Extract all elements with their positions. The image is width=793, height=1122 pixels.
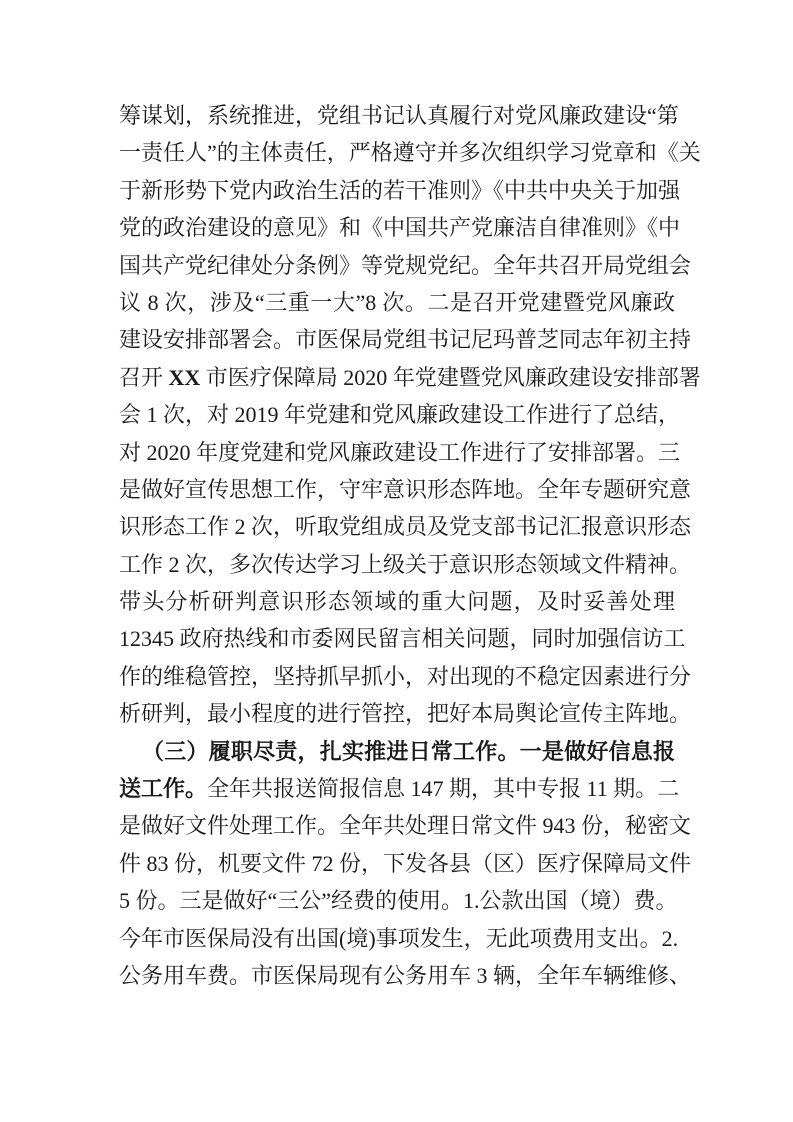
text-segment: 工作 2 次，多次传达学习上级关于意识形态领域文件精神。 [119,552,691,577]
text-line: 国共产党纪律处分条例》等党规党纪。全年共召开局党组会 [119,247,675,284]
text-line: （三）履职尽责，扎实推进日常工作。一是做好信息报 [119,733,675,770]
text-segment: 筹谋划，系统推进，党组书记认真履行对党风廉政建设“第 [119,103,679,128]
text-segment: 全年共报送简报信息 147 期，其中专报 11 期。二 [207,776,679,801]
text-segment: 召开 [119,365,169,390]
text-line: 党的政治建设的意见》和《中国共产党廉洁自律准则》《中 [119,209,675,246]
text-line: 会 1 次，对 2019 年党建和党风廉政建设工作进行了总结， [119,396,675,433]
text-segment: 党的政治建设的意见》和《中国共产党廉洁自律准则》《中 [119,215,680,240]
text-line: 一责任人”的主体责任，严格遵守并多次组织学习党章和《关 [119,134,675,171]
text-segment: 会 1 次，对 2019 年党建和党风廉政建设工作进行了总结， [119,402,680,427]
text-line: 识形态工作 2 次，听取党组成员及党支部书记汇报意识形态 [119,508,675,545]
text-line: 作的维稳管控，坚持抓早抓小，对出现的不稳定因素进行分 [119,658,675,695]
bold-text-segment: XX [169,365,201,390]
text-segment: 一责任人”的主体责任，严格遵守并多次组织学习党章和《关 [119,140,701,165]
text-segment: 是做好宣传思想工作，守牢意识形态阵地。全年专题研究意 [119,477,691,502]
text-segment: 公务用车费。市医保局现有公务用车 3 辆，全年车辆维修、 [119,963,691,988]
text-line: 件 83 份，机要文件 72 份，下发各县（区）医疗保障局文件 [119,845,675,882]
text-line: 筹谋划，系统推进，党组书记认真履行对党风廉政建设“第 [119,97,675,134]
text-line: 析研判，最小程度的进行管控，把好本局舆论宣传主阵地。 [119,695,675,732]
text-line: 召开 XX 市医疗保障局 2020 年党建暨党风廉政建设安排部署 [119,359,675,396]
text-segment: 市医疗保障局 2020 年党建暨党风廉政建设安排部署 [200,365,701,390]
text-segment: 议 8 次，涉及“三重一大”8 次。二是召开党建暨党风廉政 [119,290,675,315]
text-segment: 对 2020 年度党建和党风廉政建设工作进行了安排部署。三 [119,440,680,465]
text-block: 筹谋划，系统推进，党组书记认真履行对党风廉政建设“第一责任人”的主体责任，严格遵… [119,97,675,994]
text-segment: 析研判，最小程度的进行管控，把好本局舆论宣传主阵地。 [119,701,691,726]
text-segment: 是做好文件处理工作。全年共处理日常文件 943 份，秘密文 [119,813,691,838]
text-line: 5 份。三是做好“三公”经费的使用。1.公款出国（境）费。 [119,882,675,919]
bold-text-segment: 送工作。 [119,776,207,801]
text-line: 今年市医保局没有出国(境)事项发生，无此项费用支出。2. [119,920,675,957]
text-segment: 作的维稳管控，坚持抓早抓小，对出现的不稳定因素进行分 [119,664,691,689]
text-segment: 识形态工作 2 次，听取党组成员及党支部书记汇报意识形态 [119,514,691,539]
text-line: 于新形势下党内政治生活的若干准则》《中共中央关于加强 [119,172,675,209]
text-line: 工作 2 次，多次传达学习上级关于意识形态领域文件精神。 [119,546,675,583]
text-line: 对 2020 年度党建和党风廉政建设工作进行了安排部署。三 [119,434,675,471]
text-segment: 于新形势下党内政治生活的若干准则》《中共中央关于加强 [119,178,680,203]
text-line: 建设安排部署会。市医保局党组书记尼玛普芝同志年初主持 [119,321,675,358]
text-line: 是做好文件处理工作。全年共处理日常文件 943 份，秘密文 [119,807,675,844]
text-segment: 12345 政府热线和市委网民留言相关问题，同时加强信访工 [119,626,686,651]
text-line: 议 8 次，涉及“三重一大”8 次。二是召开党建暨党风廉政 [119,284,675,321]
text-line: 公务用车费。市医保局现有公务用车 3 辆，全年车辆维修、 [119,957,675,994]
text-segment: 件 83 份，机要文件 72 份，下发各县（区）医疗保障局文件 [119,851,691,876]
text-segment: 带头分析研判意识形态领域的重大问题，及时妥善处理 [119,589,675,614]
text-line: 12345 政府热线和市委网民留言相关问题，同时加强信访工 [119,620,675,657]
text-line: 送工作。全年共报送简报信息 147 期，其中专报 11 期。二 [119,770,675,807]
text-segment: 今年市医保局没有出国(境)事项发生，无此项费用支出。2. [119,926,678,951]
text-segment: 建设安排部署会。市医保局党组书记尼玛普芝同志年初主持 [119,327,691,352]
document-page: 筹谋划，系统推进，党组书记认真履行对党风廉政建设“第一责任人”的主体责任，严格遵… [0,0,793,1122]
text-segment: 国共产党纪律处分条例》等党规党纪。全年共召开局党组会 [119,253,691,278]
text-line: 带头分析研判意识形态领域的重大问题，及时妥善处理 [119,583,675,620]
text-line: 是做好宣传思想工作，守牢意识形态阵地。全年专题研究意 [119,471,675,508]
bold-text-segment: （三）履职尽责，扎实推进日常工作。一是做好信息报 [142,739,675,764]
text-segment: 5 份。三是做好“三公”经费的使用。1.公款出国（境）费。 [119,888,678,913]
